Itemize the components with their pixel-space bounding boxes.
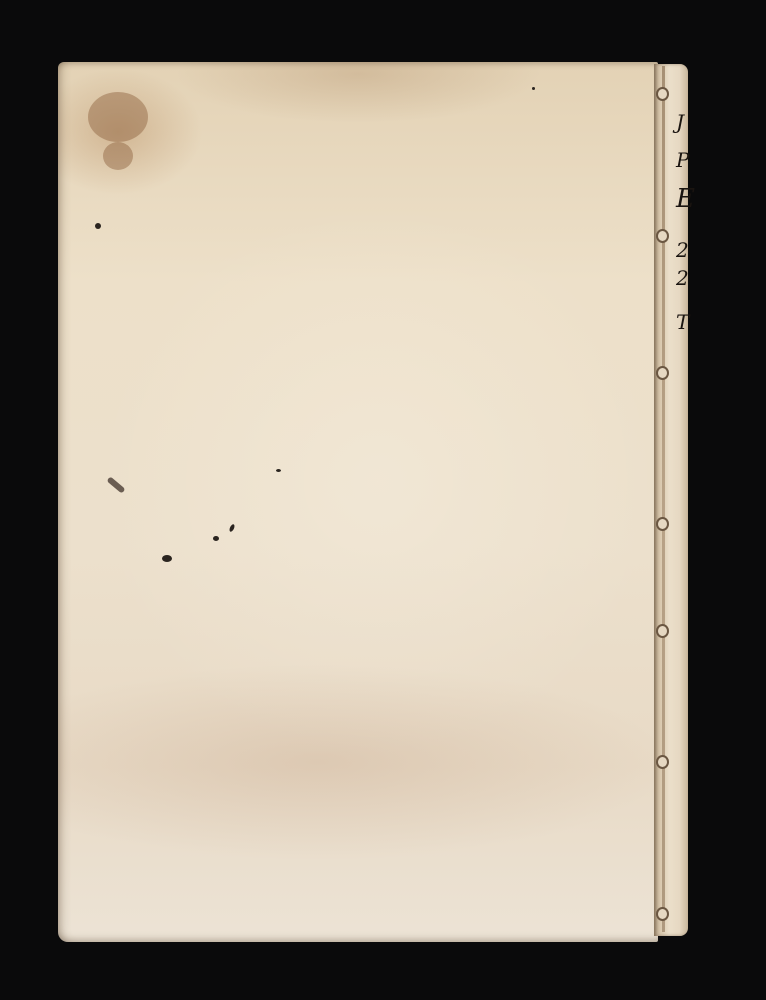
tacket-loop [656,624,669,638]
scuff-mark [106,476,125,493]
spine-lettering: T [676,312,689,332]
ink-spot [276,469,281,472]
tacket-loop [656,907,669,921]
foxing-stain [88,92,148,142]
spine-lettering: E [676,186,695,212]
spine-fold-line [662,66,665,932]
book: J P E 2 2 T [58,62,686,942]
spine-lettering: P [676,150,689,170]
tacket-loop [656,755,669,769]
tacket-loop [656,517,669,531]
ink-spot [228,524,235,533]
foxing-stain [103,142,133,170]
tacket-loop [656,87,669,101]
ink-spot [213,536,219,541]
tacket-loop [656,366,669,380]
ink-spot [532,87,535,90]
tacket-loop [656,229,669,243]
spine-lettering: J [676,112,684,132]
vellum-back-cover [58,62,658,942]
ink-spot [95,223,101,229]
photo-background: { "subject": "Back cover of a vellum-bou… [0,0,766,1000]
spine-lettering: 2 [676,240,689,260]
ink-spot [162,555,172,562]
spine-lettering: 2 [676,268,689,288]
